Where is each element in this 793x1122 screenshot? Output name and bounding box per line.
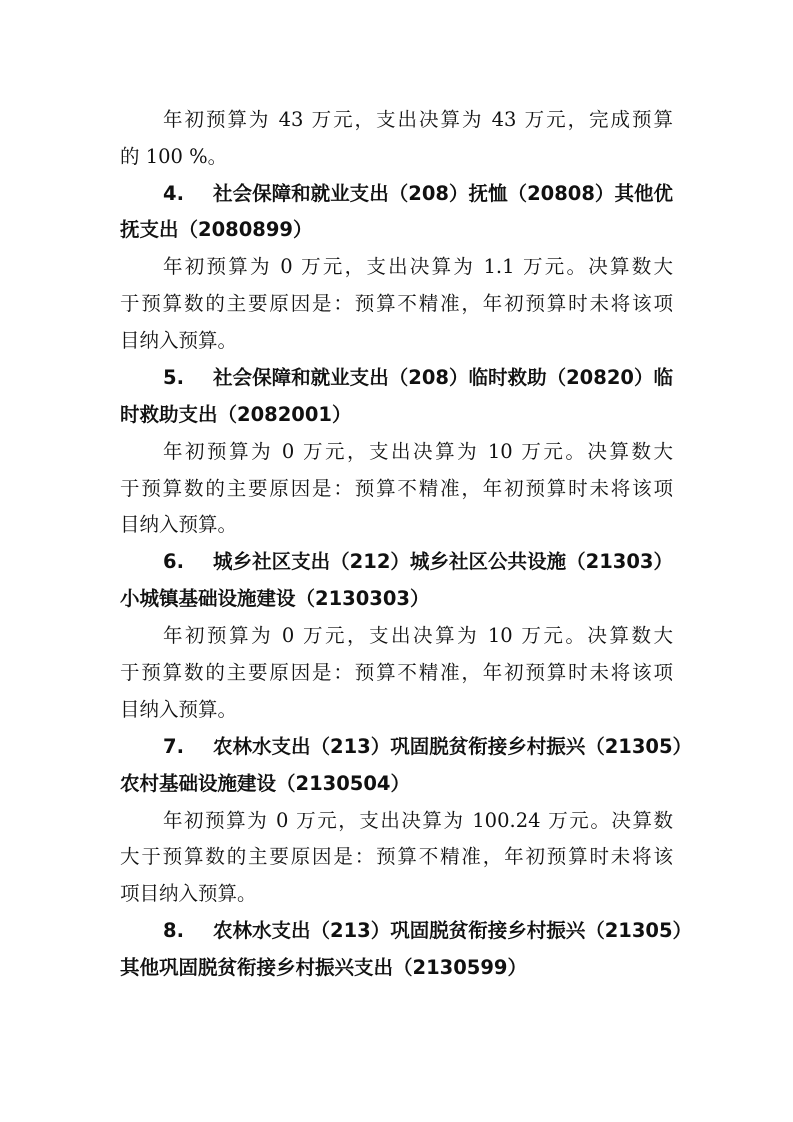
body-line: 年初预算为 0 万元，支出决算为 1.1 万元。决算数大 [163,255,673,279]
heading-number: 7. [163,735,213,759]
body-line: 年初预算为 0 万元，支出决算为 10 万元。决算数大 [163,624,673,648]
heading-line: 其他巩固脱贫衔接乡村振兴支出（2130599） [120,956,673,980]
section-heading-7: 7.农林水支出（213）巩固脱贫衔接乡村振兴（21305） [163,735,673,759]
section-heading-5: 5.社会保障和就业支出（208）临时救助（20820）临 [163,366,673,390]
heading-number: 5. [163,366,213,390]
body-line: 的 100 %。 [120,145,673,169]
body-line: 年初预算为 0 万元，支出决算为 10 万元。决算数大 [163,440,673,464]
body-line: 目纳入预算。 [120,698,673,722]
heading-text: 农林水支出（213）巩固脱贫衔接乡村振兴（21305） [213,919,692,942]
body-line: 于预算数的主要原因是：预算不精准，年初预算时未将该项 [120,477,673,501]
heading-text: 城乡社区支出（212）城乡社区公共设施（21303） [213,550,673,573]
body-line: 大于预算数的主要原因是：预算不精准，年初预算时未将该 [120,845,673,869]
body-line: 目纳入预算。 [120,329,673,353]
body-line: 年初预算为 43 万元，支出决算为 43 万元，完成预算 [163,108,673,132]
heading-line: 时救助支出（2082001） [120,403,673,427]
body-line: 于预算数的主要原因是：预算不精准，年初预算时未将该项 [120,292,673,316]
heading-line: 抚支出（2080899） [120,218,673,242]
body-line: 于预算数的主要原因是：预算不精准，年初预算时未将该项 [120,661,673,685]
heading-number: 4. [163,182,213,206]
heading-number: 8. [163,919,213,943]
body-line: 项目纳入预算。 [120,882,673,906]
body-line: 目纳入预算。 [120,513,673,537]
heading-line: 农村基础设施建设（2130504） [120,772,673,796]
section-heading-6: 6.城乡社区支出（212）城乡社区公共设施（21303） [163,550,673,574]
body-line: 年初预算为 0 万元，支出决算为 100.24 万元。决算数 [163,809,673,833]
heading-line: 小城镇基础设施建设（2130303） [120,587,673,611]
heading-number: 6. [163,550,213,574]
section-heading-4: 4.社会保障和就业支出（208）抚恤（20808）其他优 [163,182,673,206]
heading-text: 社会保障和就业支出（208）抚恤（20808）其他优 [213,182,673,205]
section-heading-8: 8.农林水支出（213）巩固脱贫衔接乡村振兴（21305） [163,919,673,943]
heading-text: 社会保障和就业支出（208）临时救助（20820）临 [213,366,673,389]
heading-text: 农林水支出（213）巩固脱贫衔接乡村振兴（21305） [213,735,692,758]
